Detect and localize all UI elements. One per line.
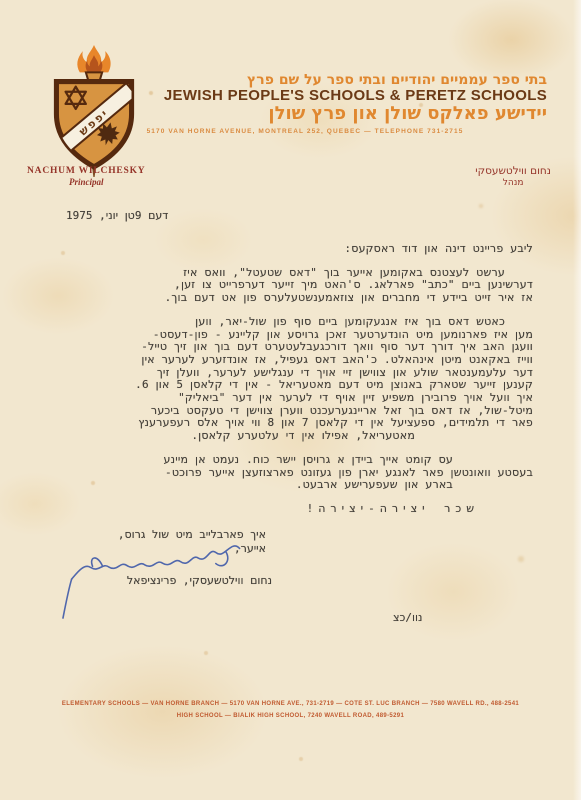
paragraph-2: כאטש דאס בוך איז אנגעקומען ביים סוף פון …	[62, 316, 533, 443]
principal-block-yiddish: נחום ווילטשעסקי מנהל	[475, 165, 551, 188]
text-line: איך וועל אויך פרובירן משפיע זיין אויף די…	[62, 392, 533, 405]
typed-signature-name: נחום ווילטשעסקי, פרינציפאל	[56, 574, 272, 587]
date-line: דעם 9טן יוני, 1975	[66, 209, 168, 222]
principal-name-yiddish: נחום ווילטשעסקי	[475, 165, 551, 177]
letterhead-hebrew-line: בתי ספר עממיים יהודיים ובתי ספר על שם פר…	[164, 72, 547, 88]
school-emblem: יפפש	[48, 45, 140, 177]
letterhead-address: 5170 VAN HORNE AVENUE, MONTREAL 252, QUE…	[130, 128, 480, 135]
scan-edge	[573, 0, 581, 800]
footer-line-1: ELEMENTARY SCHOOLS — VAN HORNE BRANCH — …	[0, 701, 581, 707]
letterhead-yiddish-line: יידישע פאלקס שולן און פרץ שולן	[164, 104, 547, 124]
paper-stains	[0, 0, 2, 2]
letterhead: בתי ספר עממיים יהודיים ובתי ספר על שם פר…	[164, 72, 547, 124]
paragraph-3: עס קומט אייך ביידן א גרויסן יישר כוח. נע…	[62, 454, 533, 492]
footer-line-2: HIGH SCHOOL — BIALIK HIGH SCHOOL, 7240 W…	[0, 713, 581, 719]
salutation: ליבע פריינט דינה און דוד ראסקעס:	[62, 243, 533, 256]
reference-initials: נוו/כצ	[393, 611, 422, 624]
text-line: מאטעריאל, אפילו אין די עלטערע קלאסן.	[62, 430, 533, 443]
text-line: עס קומט אייך ביידן א גרויסן יישר כוח. נע…	[62, 454, 533, 467]
letterhead-english-line: JEWISH PEOPLE'S SCHOOLS & PERETZ SCHOOLS	[164, 88, 547, 104]
principal-block-english: NACHUM WILCHESKY Principal	[27, 166, 145, 187]
text-line: בארע און שעפערישע ארבעט.	[62, 479, 533, 492]
paragraph-1: ערשט לעצטנס באקומען אייער בוך "דאס שטעטל…	[62, 267, 533, 305]
principal-title-english: Principal	[27, 177, 145, 187]
emphasis-line: שכר יצירה-יצירה!	[62, 503, 533, 516]
principal-name-english: NACHUM WILCHESKY	[27, 166, 145, 176]
letter-page: יפפש בתי ספר עממיים יהודיים ובתי ספר על …	[0, 0, 581, 800]
letter-body: ליבע פריינט דינה און דוד ראסקעס: ערשט לע…	[62, 243, 533, 516]
text-line: אז איר זייט ביידע די מחברים און צוזאמענש…	[62, 292, 533, 305]
text-line: ווייז באקאנט מיטן אינהאלט. כ'האב דאס געפ…	[62, 354, 533, 367]
text-line: כאטש דאס בוך איז אנגעקומען ביים סוף פון …	[62, 316, 533, 329]
principal-title-yiddish: מנהל	[475, 178, 551, 188]
